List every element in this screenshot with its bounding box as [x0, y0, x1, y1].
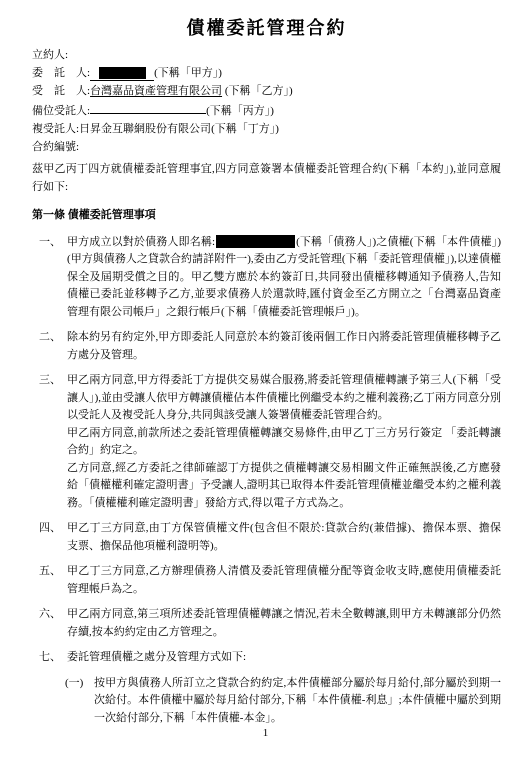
contract-item-1: 一、 甲方成立以對於債務人即名稱:(下稱「債務人」)之債權(下稱「本件債權」)(… [39, 234, 501, 322]
backup-suffix: (下稱「丙方」) [206, 105, 274, 117]
trustee-label: 受 託 人: [32, 85, 90, 97]
contract-item-7: 七、 委託管理債權之處分及管理方式如下: (一) 按甲方與債務人所訂立之貸款合約… [39, 649, 501, 727]
preamble: 茲甲乙丙丁四方就債權委託管理事宜,四方同意簽署本債權委託管理合約(下稱「本約」)… [32, 161, 501, 196]
sub-trustee-name: 日昇金互聯網股份有限公司 [79, 123, 211, 135]
contract-item-4: 四、 甲乙丁三方同意,由丁方保管債權文件(包含但不限於:貸款合約(兼借據)、擔保… [39, 520, 501, 555]
party-backup-trustee: 備位受託人:(下稱「丙方」) [32, 100, 501, 120]
item-5-text: 甲乙丁三方同意,乙方辦理債務人清償及委託管理債權分配等資金收支時,應使用債權委託… [67, 563, 501, 598]
page-title: 債權委託管理合約 [32, 16, 501, 40]
section-1-items: 一、 甲方成立以對於債務人即名稱:(下稱「債務人」)之債權(下稱「本件債權」)(… [39, 234, 501, 728]
trustee-suffix: (下稱「乙方」) [222, 85, 293, 97]
item-number: 二、 [39, 329, 61, 347]
item-3-paragraph-1: 甲乙兩方同意,甲方得委託丁方提供交易媒合服務,將委託管理債權轉讓予第三人(下稱「… [67, 372, 501, 425]
sub-trustee-suffix: (下稱「丁方」) [211, 123, 279, 135]
item-number: 七、 [39, 649, 61, 667]
backup-label: 備位受託人: [32, 105, 90, 117]
consignor-name-field [90, 67, 154, 81]
contract-item-2: 二、 除本約另有約定外,甲方即委託人同意於本約簽訂後兩個工作日內將委託管理債權移… [39, 329, 501, 364]
party-intro: 立約人: [32, 46, 501, 64]
contract-item-7-sub-1: (一) 按甲方與債務人所訂立之貸款合約約定,本件債權部分屬於每月給付,部分屬於到… [65, 675, 501, 728]
trustee-name: 台灣嘉品資產管理有限公司 [90, 85, 222, 97]
party-trustee: 受 託 人:台灣嘉品資產管理有限公司 (下稱「乙方」) [32, 82, 501, 100]
item-3-paragraph-3: 乙方同意,經乙方委託之律師確認丁方提供之債權轉讓交易相關文件正確無誤後,乙方應發… [67, 460, 501, 513]
item-7-sub-1-text: 按甲方與債務人所訂立之貸款合約約定,本件債權部分屬於每月給付,部分屬於到期一次給… [94, 675, 501, 728]
item-number: 一、 [39, 234, 61, 252]
item-number: 五、 [39, 563, 61, 581]
section-1-heading: 第一條 債權委託管理事項 [32, 207, 501, 225]
parties-block: 立約人: 委 託 人:(下稱「甲方」) 受 託 人:台灣嘉品資產管理有限公司 (… [32, 46, 501, 156]
item-number: 四、 [39, 520, 61, 538]
item-number: 三、 [39, 372, 61, 390]
contract-page: 債權委託管理合約 立約人: 委 託 人:(下稱「甲方」) 受 託 人:台灣嘉品資… [0, 0, 531, 768]
item-6-text: 甲乙兩方同意,第三項所述委託管理債權轉讓之情況,若未全數轉讓,則甲方未轉讓部分仍… [67, 606, 501, 641]
consignor-suffix: (下稱「甲方」) [154, 67, 222, 79]
item-1-text-pre: 甲方成立以對於債務人即名稱: [67, 236, 215, 248]
item-7-text: 委託管理債權之處分及管理方式如下: [67, 649, 501, 667]
item-4-text: 甲乙丁三方同意,由丁方保管債權文件(包含但不限於:貸款合約(兼借據)、擔保本票、… [67, 520, 501, 555]
contract-item-3: 三、 甲乙兩方同意,甲方得委託丁方提供交易媒合服務,將委託管理債權轉讓予第三人(… [39, 372, 501, 512]
redaction-box-consignor [99, 67, 146, 79]
consignor-label: 委 託 人: [32, 67, 90, 79]
contract-item-5: 五、 甲乙丁三方同意,乙方辦理債務人清償及委託管理債權分配等資金收支時,應使用債… [39, 563, 501, 598]
item-3-paragraph-2: 甲乙兩方同意,前款所述之委託管理債權轉讓交易條件,由甲乙丁三方另行簽定 「委託轉… [67, 425, 501, 460]
redaction-box-debtor [216, 235, 295, 248]
party-consignor: 委 託 人:(下稱「甲方」) [32, 64, 501, 82]
item-2-text: 除本約另有約定外,甲方即委託人同意於本約簽訂後兩個工作日內將委託管理債權移轉予乙… [67, 329, 501, 364]
contract-number-line: 合約編號: [32, 138, 501, 156]
party-sub-trustee: 複受託人:日昇金互聯網股份有限公司(下稱「丁方」) [32, 120, 501, 138]
subitem-number: (一) [65, 675, 83, 693]
backup-name-field [90, 100, 206, 114]
page-number: 1 [0, 725, 531, 743]
contract-item-6: 六、 甲乙兩方同意,第三項所述委託管理債權轉讓之情況,若未全數轉讓,則甲方未轉讓… [39, 606, 501, 641]
sub-trustee-label: 複受託人: [32, 123, 79, 135]
item-number: 六、 [39, 606, 61, 624]
